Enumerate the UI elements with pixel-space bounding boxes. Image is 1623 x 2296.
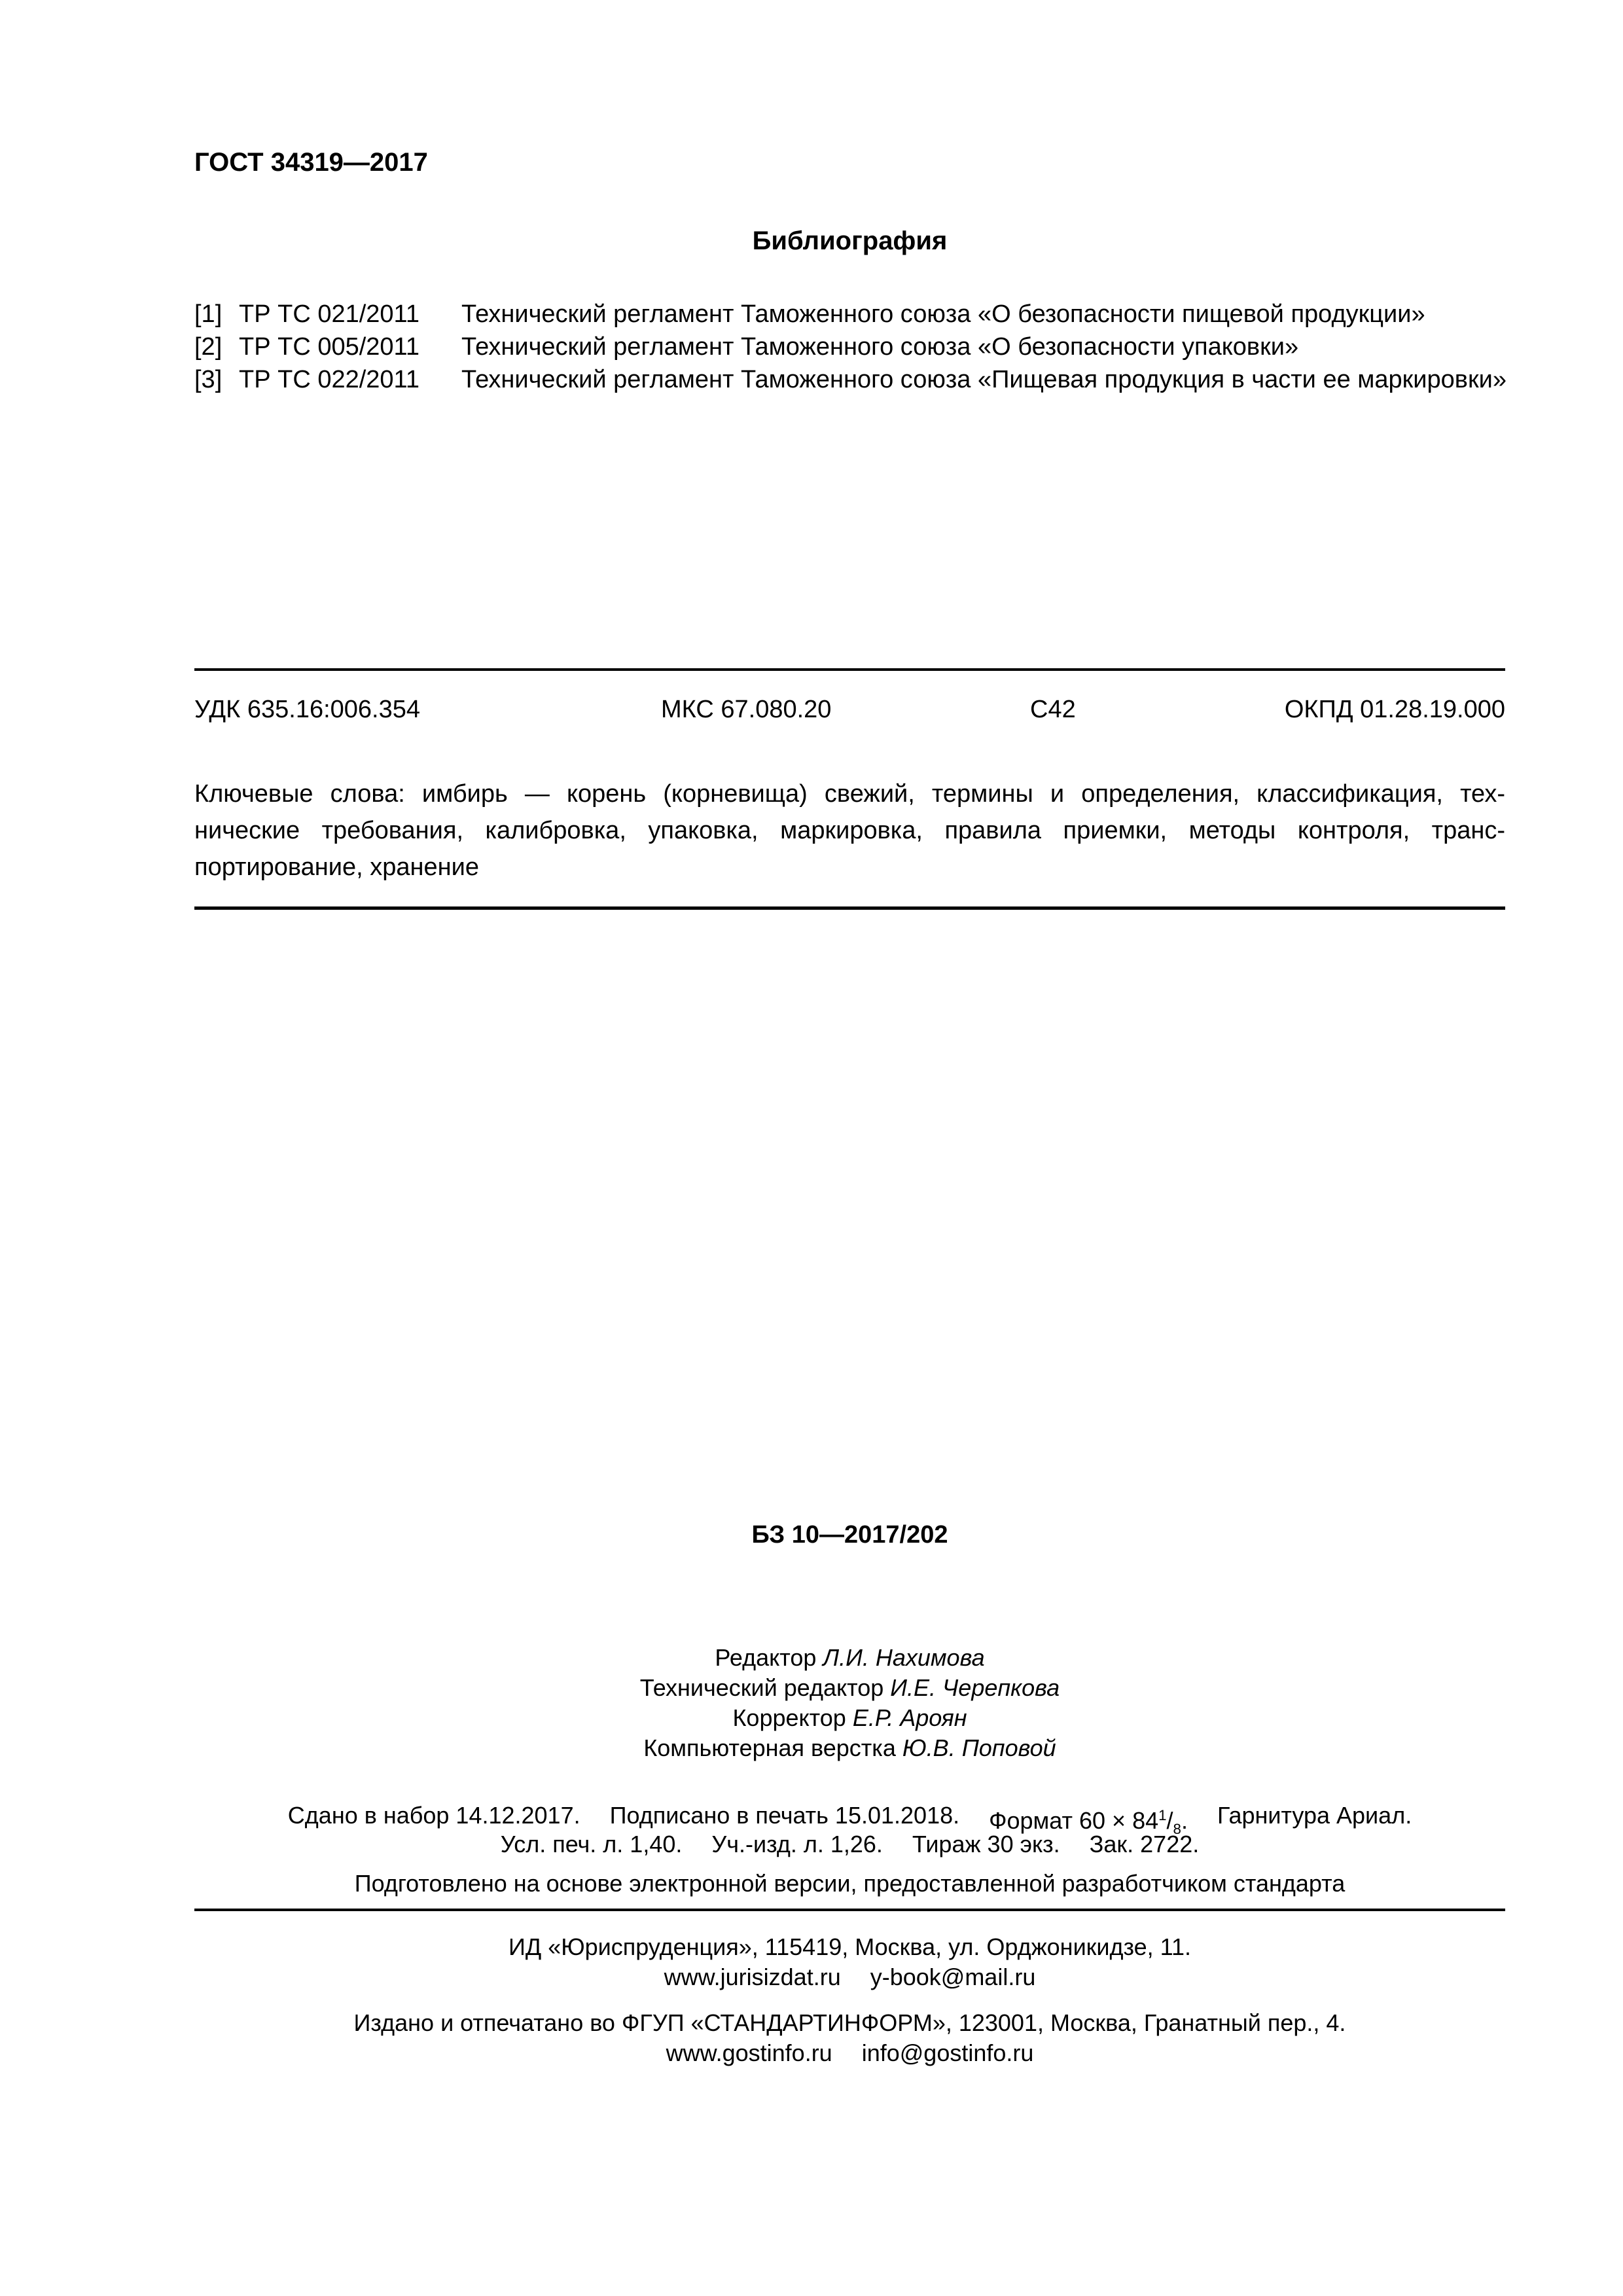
bib-reg-code: ТР ТС 021/2011 [239,298,419,331]
udk-code: УДК 635.16:006.354 [194,694,420,725]
keywords-paragraph: Ключевые слова: имбирь — корень (корневи… [194,776,1505,886]
keywords-line: нические требования, калибровка, упаковк… [194,812,1505,849]
bibliography-entry: [2] ТР ТС 005/2011 Технический регламент… [194,331,1505,363]
credit-role: Корректор [732,1704,846,1731]
credit-person-name: И.Е. Черепкова [890,1674,1060,1701]
bibliography-entry: [1] ТР ТС 021/2011 Технический регламент… [194,298,1505,331]
credit-line-editor: Редактор Л.И. Нахимова [194,1643,1505,1673]
bibliography-list: [1] ТР ТС 021/2011 Технический регламент… [194,298,1505,396]
staff-credits: Редактор Л.И. Нахимова Технический редак… [194,1643,1505,1763]
imprint-publisher-sheets: Уч.-изд. л. 1,26. [711,1830,883,1859]
bib-reg-code: ТР ТС 022/2011 [239,363,419,396]
publisher-contacts: www.gostinfo.ru info@gostinfo.ru [194,2038,1505,2068]
okpd-code: ОКПД 01.28.19.000 [1285,694,1505,725]
publisher-email: y-book@mail.ru [870,1962,1036,1992]
section-title-bibliography: Библиография [194,226,1505,256]
publisher-block-jurisizdat: ИД «Юриспруденция», 115419, Москва, ул. … [194,1932,1505,1992]
bib-ref-number: [3] [194,363,222,396]
publisher-website: www.jurisizdat.ru [664,1962,841,1992]
keywords-line: портирование, хранение [194,849,1505,886]
credit-person-name: Ю.В. Поповой [902,1734,1056,1761]
credit-line-corrector: Корректор Е.Р. Ароян [194,1703,1505,1733]
group-code: С42 [1030,694,1076,725]
bib-description: Технический регламент Таможенного союза … [461,331,1298,363]
imprint-line-2: Усл. печ. л. 1,40. Уч.-изд. л. 1,26. Тир… [194,1830,1505,1859]
bib-description: Технический регламент Таможенного союза … [461,298,1425,331]
imprint-circulation: Тираж 30 экз. [912,1830,1060,1859]
publisher-block-standartinform: Издано и отпечатано во ФГУП «СТАНДАРТИНФ… [194,2008,1505,2068]
page-content: ГОСТ 34319—2017 Библиография [1] ТР ТС 0… [194,0,1505,2296]
document-page: ГОСТ 34319—2017 Библиография [1] ТР ТС 0… [0,0,1623,2296]
credit-line-layout: Компьютерная верстка Ю.В. Поповой [194,1733,1505,1763]
horizontal-rule [194,668,1505,671]
publisher-address: Издано и отпечатано во ФГУП «СТАНДАРТИНФ… [194,2008,1505,2038]
horizontal-rule [194,906,1505,910]
credit-role: Технический редактор [640,1674,884,1701]
keywords-line: Ключевые слова: имбирь — корень (корневи… [194,776,1505,812]
format-sup: 1 [1158,1807,1166,1823]
bibliography-entry: [3] ТР ТС 022/2011 Технический регламент… [194,363,1505,396]
imprint-printed-sheets: Усл. печ. л. 1,40. [501,1830,683,1859]
bib-ref-number: [1] [194,298,222,331]
bib-reg-code: ТР ТС 005/2011 [239,331,419,363]
credit-person-name: Е.Р. Ароян [853,1704,967,1731]
credit-line-technical-editor: Технический редактор И.Е. Черепкова [194,1673,1505,1703]
credit-role: Редактор [715,1644,816,1671]
publisher-website: www.gostinfo.ru [666,2038,832,2068]
prepared-note: Подготовлено на основе электронной верси… [194,1869,1505,1898]
bib-description: Технический регламент Таможенного союза … [461,363,1507,396]
classification-row: УДК 635.16:006.354 МКС 67.080.20 С42 ОКП… [194,694,1505,725]
horizontal-rule [194,1909,1505,1911]
publisher-email: info@gostinfo.ru [862,2038,1034,2068]
bib-ref-number: [2] [194,331,222,363]
credit-person-name: Л.И. Нахимова [823,1644,984,1671]
mks-code: МКС 67.080.20 [661,694,831,725]
credit-role: Компьютерная верстка [643,1734,896,1761]
bz-issue-code: БЗ 10—2017/202 [194,1520,1505,1550]
publisher-address: ИД «Юриспруденция», 115419, Москва, ул. … [194,1932,1505,1962]
imprint-order-number: Зак. 2722. [1090,1830,1200,1859]
publisher-contacts: www.jurisizdat.ru y-book@mail.ru [194,1962,1505,1992]
doc-code-header: ГОСТ 34319—2017 [194,147,428,177]
